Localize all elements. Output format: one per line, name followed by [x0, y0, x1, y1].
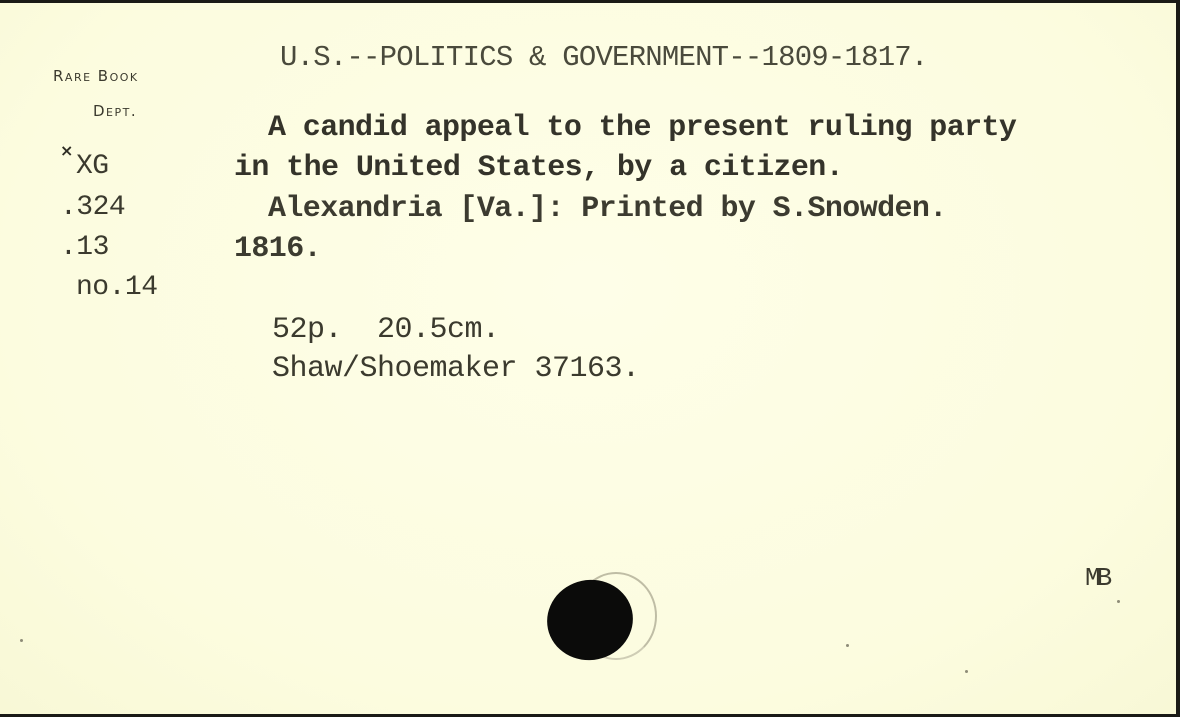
imprint-line-1: Alexandria [Va.]: Printed by S.Snowden.: [268, 194, 947, 224]
title-line-1: A candid appeal to the present ruling pa…: [268, 113, 1016, 143]
imprint-line-2: 1816.: [234, 234, 321, 264]
call-number-prefix-mark: ×: [60, 141, 73, 160]
title-line-2: in the United States, by a citizen.: [234, 153, 843, 183]
call-number-line-3: .13: [60, 234, 109, 262]
catalog-card: Rare Book Dept. × XG .324 .13 no.14 U.S.…: [0, 3, 1176, 714]
paper-speck: [965, 670, 968, 673]
paper-speck: [1117, 600, 1120, 603]
bibliographic-reference: Shaw/Shoemaker 37163.: [272, 354, 640, 384]
call-number-line-1: XG: [76, 153, 109, 181]
collation: 52p. 20.5cm.: [272, 315, 500, 345]
location-label-line-2: Dept.: [93, 102, 137, 120]
library-code: MB: [1085, 565, 1108, 591]
location-label-line-1: Rare Book: [53, 67, 139, 85]
call-number-line-2: .324: [60, 194, 125, 222]
paper-speck: [846, 644, 849, 647]
paper-speck: [20, 639, 23, 642]
call-number-line-4: no.14: [76, 274, 158, 302]
subject-heading: U.S.--POLITICS & GOVERNMENT--1809-1817.: [280, 43, 928, 72]
